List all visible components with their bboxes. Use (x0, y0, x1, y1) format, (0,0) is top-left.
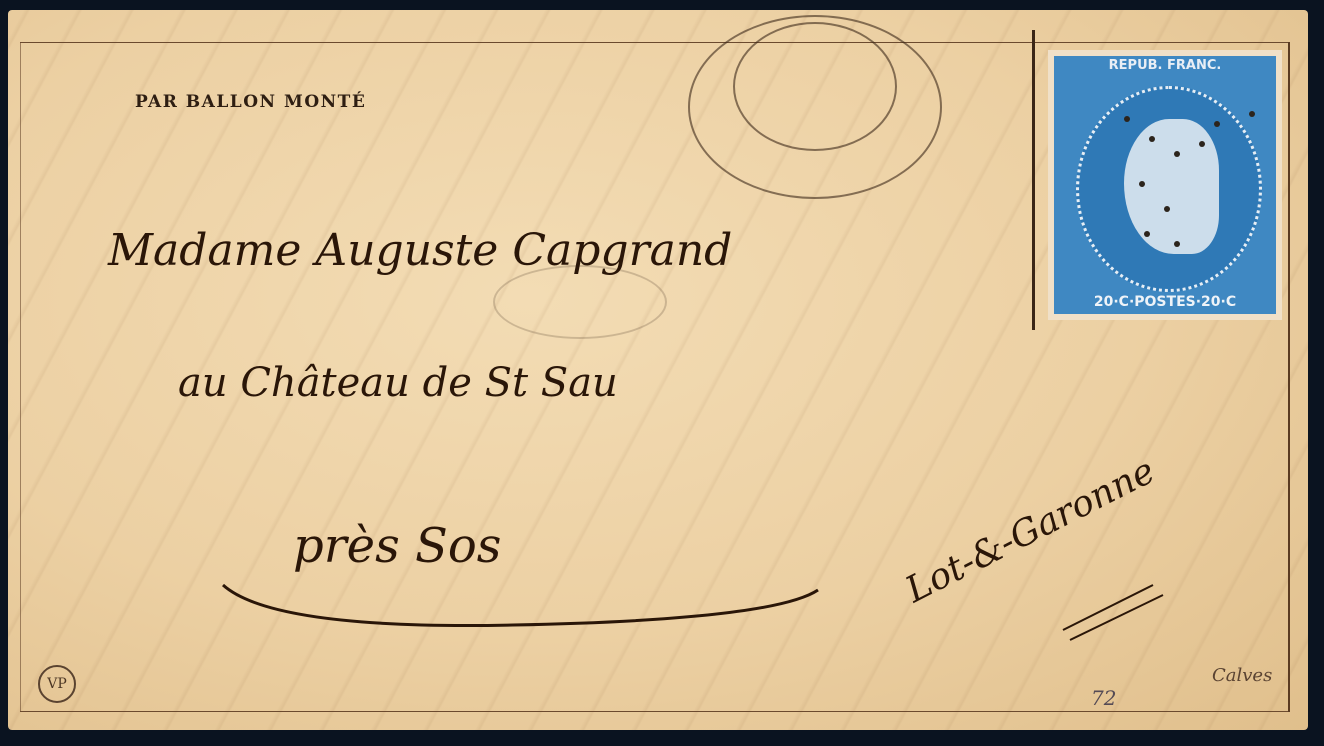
cancel-dot (1214, 121, 1220, 127)
postage-stamp: REPUB. FRANC. 20·C·POSTES·20·C (1048, 50, 1282, 320)
cancel-dot (1144, 231, 1150, 237)
department-underline (1058, 580, 1168, 650)
cancel-dot (1149, 136, 1155, 142)
header-text: PAR BALLON MONTÉ (135, 92, 366, 112)
cancel-dot (1164, 206, 1170, 212)
address-line-1: Madame Auguste Capgrand (108, 225, 732, 276)
address-line-2: au Château de St Sau (178, 360, 618, 406)
stamp-box-line (1032, 30, 1035, 330)
cancel-dot (1139, 181, 1145, 187)
stamp-top-text: REPUB. FRANC. (1054, 58, 1276, 73)
ceres-head-icon (1124, 119, 1219, 254)
stamp-medallion (1076, 86, 1262, 292)
vp-expert-mark: VP (38, 665, 76, 703)
envelope: PAR BALLON MONTÉ Madame Auguste Capgrand… (8, 10, 1308, 730)
postmark-circle-inner (733, 22, 897, 151)
bottom-border-line (20, 711, 1290, 712)
left-border-line (20, 42, 21, 712)
expert-signature: Calves (1212, 665, 1272, 686)
address-line-3: près Sos (293, 518, 501, 574)
right-border-line (1288, 42, 1290, 712)
underline-flourish (213, 570, 833, 640)
cancel-dot (1199, 141, 1205, 147)
cancel-dot (1124, 116, 1130, 122)
cancel-dot (1174, 151, 1180, 157)
cancel-dot (1249, 111, 1255, 117)
cancel-dot (1174, 241, 1180, 247)
stamp-bottom-text: 20·C·POSTES·20·C (1054, 294, 1276, 310)
pencil-number: 72 (1091, 686, 1116, 710)
top-border-line (20, 42, 1290, 43)
faint-postmark (493, 265, 667, 339)
